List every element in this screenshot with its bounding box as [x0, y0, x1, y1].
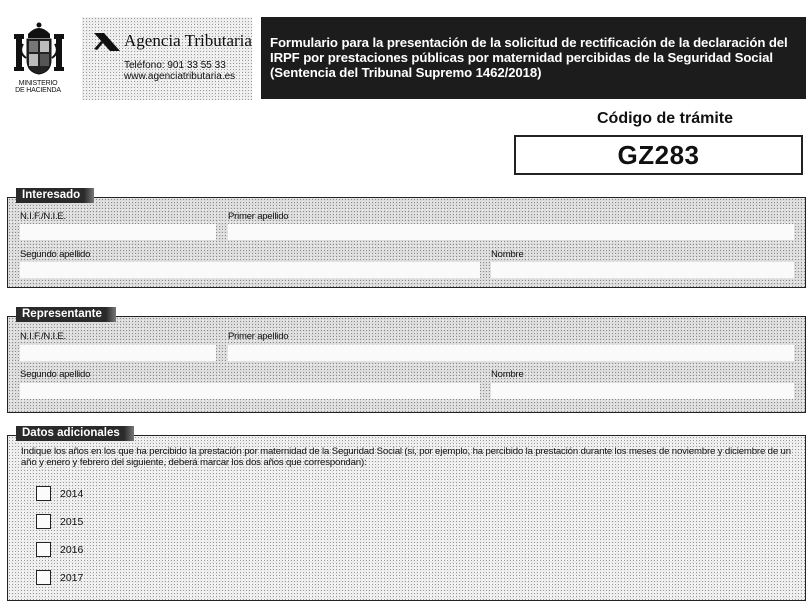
year-option-2014[interactable]: 2014: [36, 486, 83, 501]
interesado-primer-apellido-input[interactable]: [228, 224, 794, 240]
interesado-nif-input[interactable]: [20, 224, 216, 240]
section-representante: Representante N.I.F./N.I.E. Primer apell…: [7, 316, 806, 413]
coat-of-arms-emblem: [10, 22, 68, 118]
year-option-2017[interactable]: 2017: [36, 570, 83, 585]
agency-phone: Teléfono: 901 33 55 33: [124, 60, 226, 71]
year-label: 2017: [60, 572, 83, 584]
codigo-tramite-value: GZ283: [514, 135, 803, 175]
representante-nif-input[interactable]: [20, 345, 216, 361]
checkbox-2017[interactable]: [36, 570, 51, 585]
section-datos-adicionales: Datos adicionales Indique los años en lo…: [7, 435, 806, 601]
agency-info-box: Agencia Tributaria Teléfono: 901 33 55 3…: [82, 17, 252, 100]
checkbox-2014[interactable]: [36, 486, 51, 501]
instructions-text: Indique los años en los que ha percibido…: [21, 446, 793, 468]
form-title: Formulario para la presentación de la so…: [270, 36, 800, 80]
checkbox-2015[interactable]: [36, 514, 51, 529]
section-legend-interesado: Interesado: [16, 188, 94, 203]
agencia-tributaria-logo-icon: [92, 31, 122, 58]
agency-name: Agencia Tributaria: [124, 31, 252, 51]
nombre-label: Nombre: [491, 249, 524, 260]
spain-coat-of-arms-icon: [14, 22, 64, 78]
ministry-line-2: DE HACIENDA: [8, 87, 68, 94]
nif-label: N.I.F./N.I.E.: [20, 211, 66, 222]
checkbox-2016[interactable]: [36, 542, 51, 557]
nombre-label: Nombre: [491, 369, 524, 380]
section-legend-datos-adicionales: Datos adicionales: [16, 426, 134, 441]
interesado-segundo-apellido-input[interactable]: [20, 262, 480, 278]
segundo-apellido-label: Segundo apellido: [20, 249, 90, 260]
section-legend-representante: Representante: [16, 307, 116, 322]
interesado-nombre-input[interactable]: [491, 262, 794, 278]
year-label: 2015: [60, 516, 83, 528]
agency-website: www.agenciatributaria.es: [124, 71, 235, 82]
year-label: 2014: [60, 488, 83, 500]
nif-label: N.I.F./N.I.E.: [20, 331, 66, 342]
segundo-apellido-label: Segundo apellido: [20, 369, 90, 380]
form-title-banner: Formulario para la presentación de la so…: [261, 17, 806, 99]
ministry-name: MINISTERIO DE HACIENDA: [8, 80, 68, 94]
year-label: 2016: [60, 544, 83, 556]
representante-nombre-input[interactable]: [491, 383, 794, 399]
ministry-line-1: MINISTERIO: [8, 80, 68, 87]
section-interesado: Interesado N.I.F./N.I.E. Primer apellido…: [7, 197, 806, 288]
codigo-tramite-label: Código de trámite: [540, 110, 790, 128]
year-option-2016[interactable]: 2016: [36, 542, 83, 557]
representante-segundo-apellido-input[interactable]: [20, 383, 480, 399]
representante-primer-apellido-input[interactable]: [228, 345, 794, 361]
primer-apellido-label: Primer apellido: [228, 211, 288, 222]
year-option-2015[interactable]: 2015: [36, 514, 83, 529]
primer-apellido-label: Primer apellido: [228, 331, 288, 342]
